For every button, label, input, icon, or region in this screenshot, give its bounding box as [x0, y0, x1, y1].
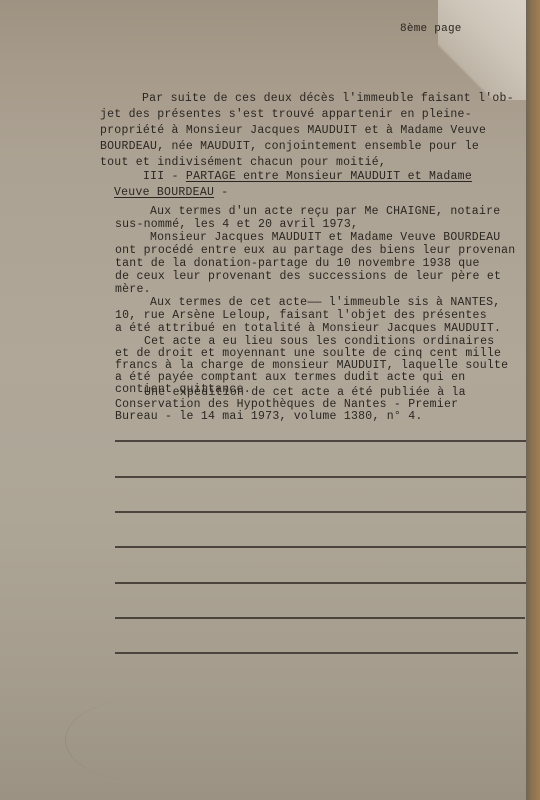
page-number: 8ème page	[400, 23, 462, 36]
para2-line5: tant de la donation-partage du 10 novemb…	[115, 257, 480, 270]
document-page: 8ème page Par suite de ces deux décès l'…	[0, 0, 528, 800]
para1-line4: BOURDEAU, née MAUDUIT, conjointement ens…	[100, 140, 479, 153]
page-curl-corner	[438, 0, 528, 100]
para3-line1: Aux termes de cet acte—— l'immeuble sis …	[150, 296, 500, 309]
table-surface-edge	[526, 0, 540, 800]
section-heading-line2: Veuve BOURDEAU -	[114, 186, 228, 199]
blank-rule-6	[115, 617, 525, 619]
section-heading-line1: III - PARTAGE entre Monsieur MAUDUIT et …	[143, 170, 472, 183]
para3-line3: a été attribué en totalité à Monsieur Ja…	[115, 322, 501, 335]
blank-rule-1	[115, 440, 527, 442]
para5-line3: Bureau - le 14 mai 1973, volume 1380, n°…	[115, 410, 423, 423]
para2-line4: ont procédé entre eux au partage des bie…	[115, 244, 515, 257]
para3-line2: 10, rue Arsène Leloup, faisant l'objet d…	[115, 309, 487, 322]
para1-line3: propriété à Monsieur Jacques MAUDUIT et …	[100, 124, 486, 137]
section-heading-suffix: -	[214, 186, 228, 199]
para2-line7: mère.	[115, 283, 151, 296]
para1-line5: tout et indivisément chacun pour moitié,	[100, 156, 386, 169]
show-through-stamp	[65, 700, 206, 780]
para2-line3: Monsieur Jacques MAUDUIT et Madame Veuve…	[150, 231, 500, 244]
section-number: III -	[143, 170, 186, 183]
blank-rule-7	[115, 652, 518, 654]
blank-rule-2	[115, 476, 527, 478]
blank-rule-4	[115, 546, 527, 548]
blank-rule-3	[115, 511, 527, 513]
para1-line2: jet des présentes s'est trouvé apparteni…	[100, 108, 472, 121]
para2-line6: de ceux leur provenant des successions d…	[115, 270, 501, 283]
para2-line1: Aux termes d'un acte reçu par Me CHAIGNE…	[150, 205, 500, 218]
para2-line2: sus-nommé, les 4 et 20 avril 1973,	[115, 218, 358, 231]
blank-rule-5	[115, 582, 527, 584]
para1-line1: Par suite de ces deux décès l'immeuble f…	[142, 92, 514, 105]
section-title-part2: Veuve BOURDEAU	[114, 186, 214, 199]
section-title-part1: PARTAGE entre Monsieur MAUDUIT et Madame	[186, 170, 472, 183]
